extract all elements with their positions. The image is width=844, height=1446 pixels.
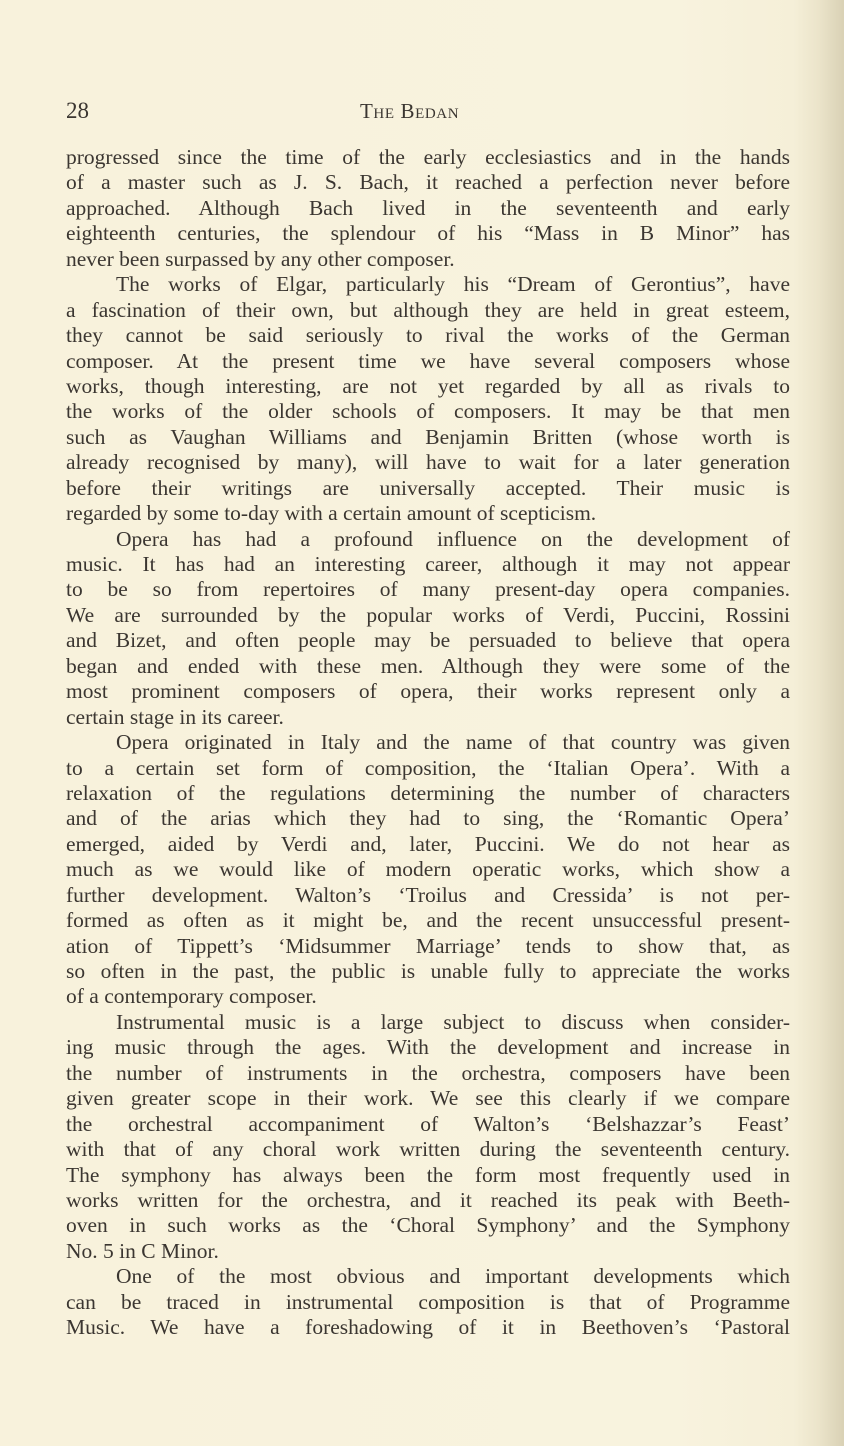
text-line: further development. Walton’s ‘Troilus a…	[66, 883, 790, 908]
text-line: emerged, aided by Verdi and, later, Pucc…	[66, 832, 790, 857]
book-page: 28 The Bedan progressed since the time o…	[0, 0, 844, 1446]
text-line: Music. We have a foreshadowing of it in …	[66, 1315, 790, 1340]
text-line: and of the arias which they had to sing,…	[66, 806, 790, 831]
text-line: ing music through the ages. With the dev…	[66, 1035, 790, 1060]
text-line: began and ended with these men. Although…	[66, 654, 790, 679]
text-line: oven in such works as the ‘Choral Sympho…	[66, 1213, 790, 1238]
paragraph-4: Opera originated in Italy and the name o…	[66, 730, 790, 1010]
text-line: regarded by some to-day with a certain a…	[66, 501, 790, 526]
text-line: Opera originated in Italy and the name o…	[66, 730, 790, 755]
text-line: No. 5 in C Minor.	[66, 1239, 790, 1264]
text-line: never been surpassed by any other compos…	[66, 247, 790, 272]
text-line: of a master such as J. S. Bach, it reach…	[66, 170, 790, 195]
text-line: the number of instruments in the orchest…	[66, 1061, 790, 1086]
body-text: progressed since the time of the early e…	[66, 145, 790, 1341]
text-line: can be traced in instrumental compositio…	[66, 1290, 790, 1315]
text-line: much as we would like of modern operatic…	[66, 857, 790, 882]
text-line: One of the most obvious and important de…	[66, 1264, 790, 1289]
paragraph-1: progressed since the time of the early e…	[66, 145, 790, 272]
text-line: to a certain set form of composition, th…	[66, 756, 790, 781]
text-line: a fascination of their own, but although…	[66, 298, 790, 323]
text-line: The works of Elgar, particularly his “Dr…	[66, 272, 790, 297]
text-line: formed as often as it might be, and the …	[66, 908, 790, 933]
text-line: Opera has had a profound influence on th…	[66, 527, 790, 552]
text-line: music. It has had an interesting career,…	[66, 552, 790, 577]
text-line: Instrumental music is a large subject to…	[66, 1010, 790, 1035]
text-line: most prominent composers of opera, their…	[66, 679, 790, 704]
text-line: to be so from repertoires of many presen…	[66, 577, 790, 602]
text-line: The symphony has always been the form mo…	[66, 1163, 790, 1188]
text-line: so often in the past, the public is unab…	[66, 959, 790, 984]
text-line: We are surrounded by the popular works o…	[66, 603, 790, 628]
page-header: 28 The Bedan	[66, 94, 790, 128]
text-line: they cannot be said seriously to rival t…	[66, 323, 790, 348]
text-line: certain stage in its career.	[66, 705, 790, 730]
text-line: and Bizet, and often people may be persu…	[66, 628, 790, 653]
paragraph-2: The works of Elgar, particularly his “Dr…	[66, 272, 790, 526]
text-line: the orchestral accompaniment of Walton’s…	[66, 1112, 790, 1137]
text-line: eighteenth centuries, the splendour of h…	[66, 221, 790, 246]
text-line: ation of Tippett’s ‘Midsummer Marriage’ …	[66, 934, 790, 959]
text-line: already recognised by many), will have t…	[66, 450, 790, 475]
paragraph-5: Instrumental music is a large subject to…	[66, 1010, 790, 1264]
text-line: composer. At the present time we have se…	[66, 349, 790, 374]
running-title: The Bedan	[360, 94, 459, 128]
page-number: 28	[66, 94, 89, 128]
paragraph-3: Opera has had a profound influence on th…	[66, 527, 790, 731]
text-line: given greater scope in their work. We se…	[66, 1086, 790, 1111]
text-line: progressed since the time of the early e…	[66, 145, 790, 170]
text-line: of a contemporary composer.	[66, 984, 790, 1009]
text-line: before their writings are universally ac…	[66, 476, 790, 501]
text-line: approached. Although Bach lived in the s…	[66, 196, 790, 221]
text-line: with that of any choral work written dur…	[66, 1137, 790, 1162]
text-line: such as Vaughan Williams and Benjamin Br…	[66, 425, 790, 450]
text-line: works, though interesting, are not yet r…	[66, 374, 790, 399]
text-line: the works of the older schools of compos…	[66, 399, 790, 424]
paragraph-6: One of the most obvious and important de…	[66, 1264, 790, 1340]
text-line: relaxation of the regulations determinin…	[66, 781, 790, 806]
text-line: works written for the orchestra, and it …	[66, 1188, 790, 1213]
